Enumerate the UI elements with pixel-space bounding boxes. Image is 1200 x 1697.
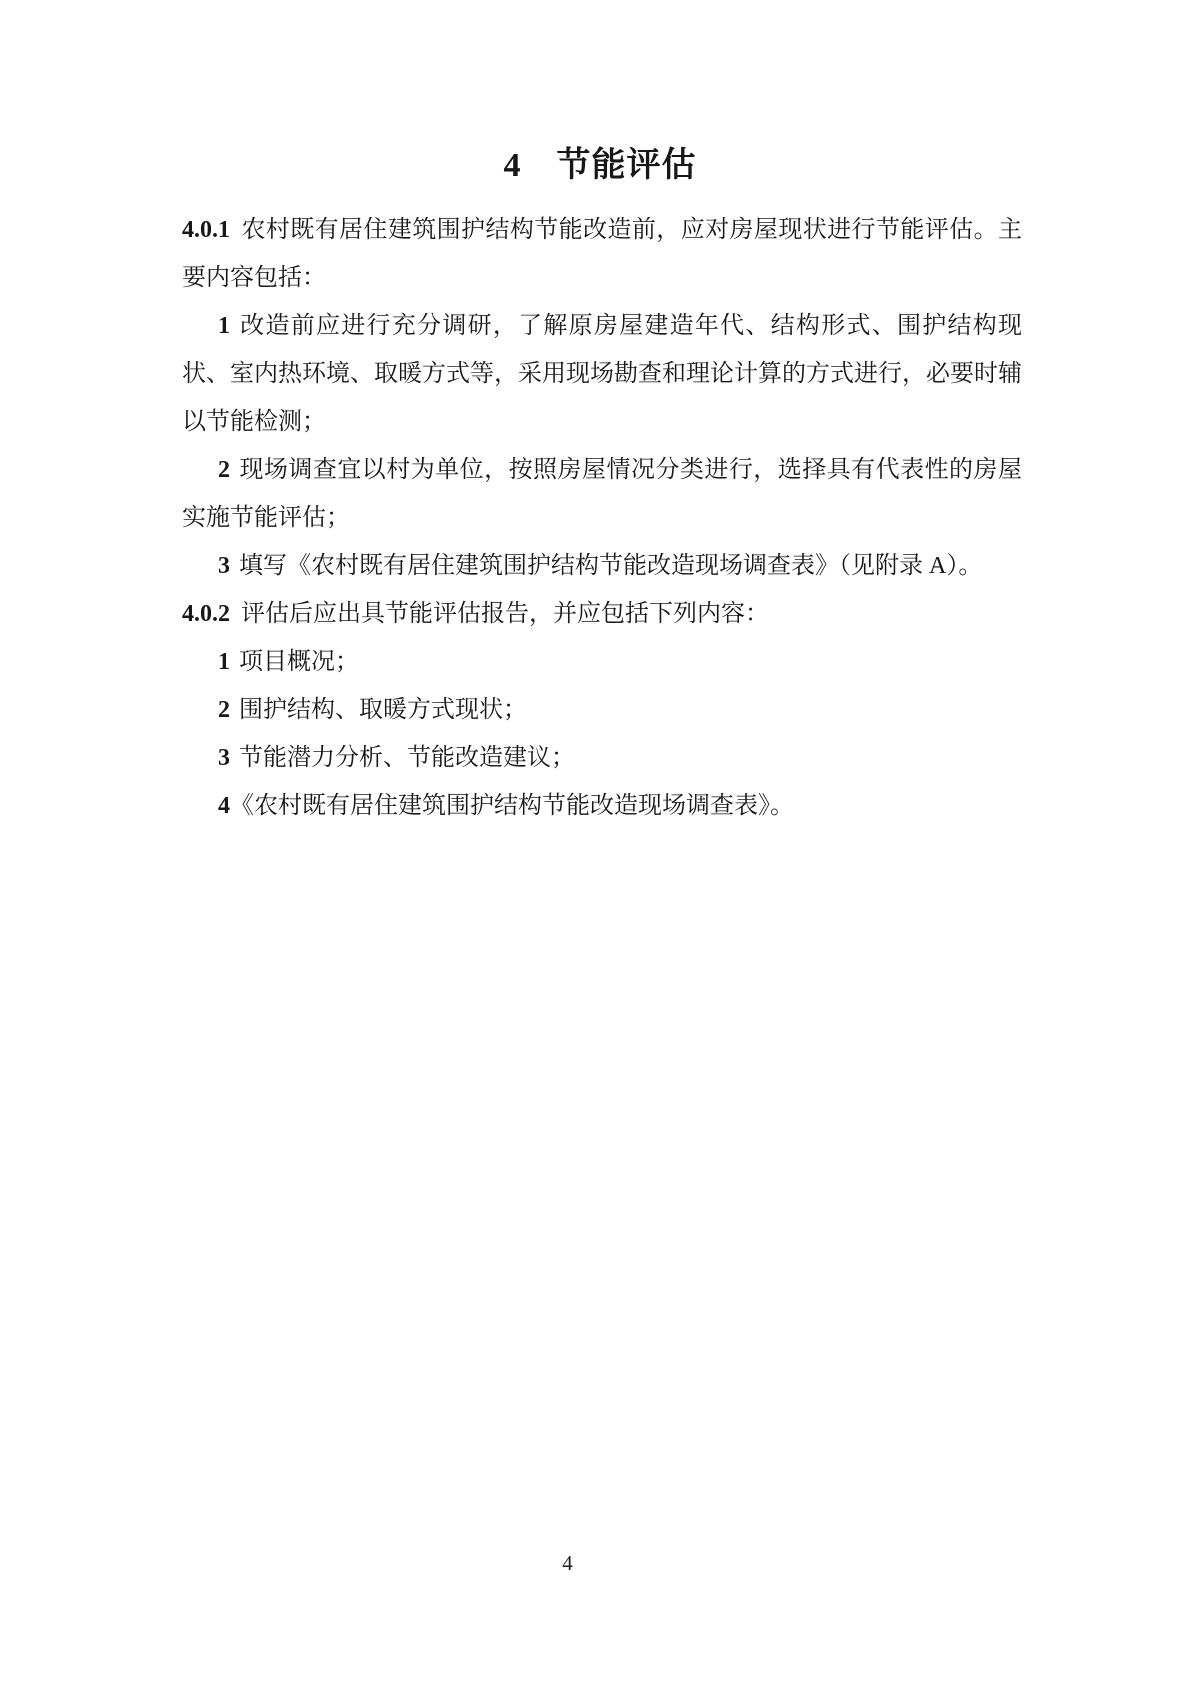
list-item-number: 4	[218, 793, 230, 819]
list-item-text: 《农村既有居住建筑围护结构节能改造现场调查表》。	[230, 793, 794, 819]
document-page: 4 节能评估 4.0.1农村既有居住建筑围护结构节能改造前，应对房屋现状进行节能…	[0, 0, 1200, 1697]
list-item: 1项目概况；	[182, 638, 1022, 686]
list-item-number: 3	[218, 553, 230, 579]
list-item: 3填写《农村既有居住建筑围护结构节能改造现场调查表》（见附录 A）。	[182, 542, 1022, 590]
clause-4-0-2: 4.0.2评估后应出具节能评估报告，并应包括下列内容：	[182, 590, 1022, 638]
page-title: 4 节能评估	[0, 146, 1200, 186]
list-item: 4《农村既有居住建筑围护结构节能改造现场调查表》。	[182, 782, 1022, 830]
clause-4-0-1: 4.0.1农村既有居住建筑围护结构节能改造前，应对房屋现状进行节能评估。主要内容…	[182, 206, 1022, 302]
list-item-number: 2	[218, 697, 230, 723]
list-item: 3节能潜力分析、节能改造建议；	[182, 734, 1022, 782]
clause-text: 农村既有居住建筑围护结构节能改造前，应对房屋现状进行节能评估。主要内容包括：	[182, 217, 1022, 291]
list-item-number: 2	[218, 457, 230, 483]
list-item-text: 节能潜力分析、节能改造建议；	[239, 745, 575, 771]
list-item-text: 现场调查宜以村为单位，按照房屋情况分类进行，选择具有代表性的房屋实施节能评估；	[182, 457, 1022, 531]
list-item-text: 填写《农村既有居住建筑围护结构节能改造现场调查表》（见附录 A）。	[239, 553, 982, 579]
clause-number: 4.0.1	[182, 217, 230, 243]
list-item: 2围护结构、取暖方式现状；	[182, 686, 1022, 734]
document-body: 4.0.1农村既有居住建筑围护结构节能改造前，应对房屋现状进行节能评估。主要内容…	[182, 206, 1022, 830]
clause-number: 4.0.2	[182, 601, 230, 627]
list-item-number: 3	[218, 745, 230, 771]
list-item: 1改造前应进行充分调研，了解原房屋建造年代、结构形式、围护结构现状、室内热环境、…	[182, 302, 1022, 446]
list-item-number: 1	[218, 313, 230, 339]
list-item-text: 围护结构、取暖方式现状；	[239, 697, 527, 723]
list-item-text: 改造前应进行充分调研，了解原房屋建造年代、结构形式、围护结构现状、室内热环境、取…	[182, 313, 1022, 435]
list-item-number: 1	[218, 649, 230, 675]
page-number: 4	[0, 1549, 1135, 1577]
list-item-text: 项目概况；	[239, 649, 359, 675]
list-item: 2现场调查宜以村为单位，按照房屋情况分类进行，选择具有代表性的房屋实施节能评估；	[182, 446, 1022, 542]
clause-text: 评估后应出具节能评估报告，并应包括下列内容：	[241, 601, 769, 627]
